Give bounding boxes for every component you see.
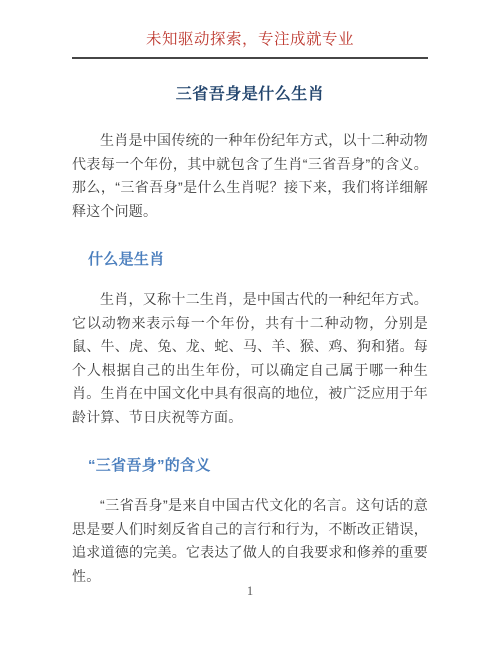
document-page: 未知驱动探索，专注成就专业 三省吾身是什么生肖 生肖是中国传统的一种年份纪年方式… (0, 0, 500, 647)
page-number: 1 (0, 584, 500, 599)
section-heading-meaning: “三省吾身”的含义 (88, 454, 428, 475)
header-divider (72, 57, 428, 59)
article: 三省吾身是什么生肖 生肖是中国传统的一种年份纪年方式，以十二种动物代表每一个年份… (72, 81, 428, 588)
article-title: 三省吾身是什么生肖 (72, 81, 428, 104)
section-paragraph-meaning: “三省吾身”是来自中国古代文化的名言。这句话的意思是要人们时刻反省自己的言行和行… (72, 494, 428, 588)
section-paragraph-what-is-zodiac: 生肖，又称十二生肖，是中国古代的一种纪年方式。它以动物来表示每一个年份，共有十二… (72, 288, 428, 429)
page-header: 未知驱动探索，专注成就专业 (72, 30, 428, 59)
intro-paragraph: 生肖是中国传统的一种年份纪年方式，以十二种动物代表每一个年份，其中就包含了生肖“… (72, 129, 428, 223)
header-slogan: 未知驱动探索，专注成就专业 (72, 30, 428, 50)
section-heading-what-is-zodiac: 什么是生肖 (88, 248, 428, 269)
